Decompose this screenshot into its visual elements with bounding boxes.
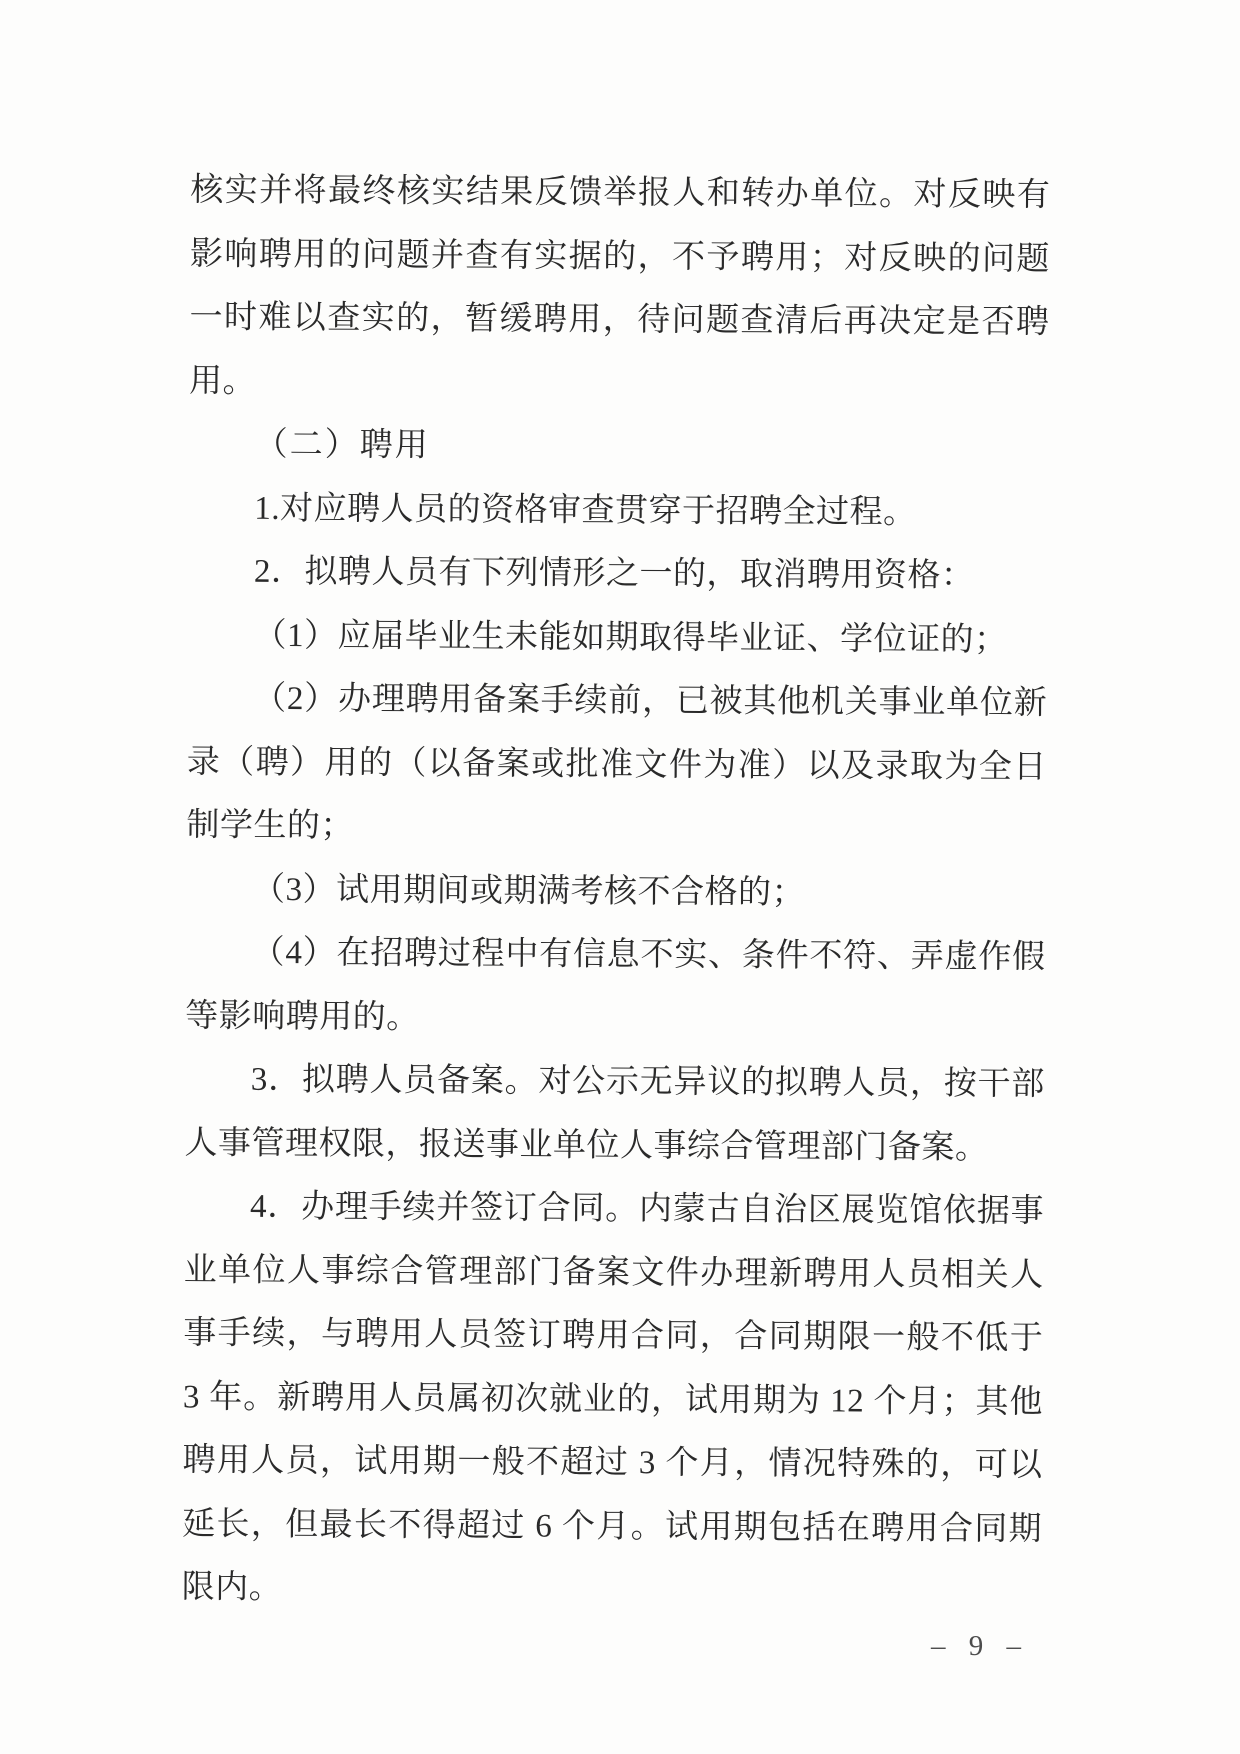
paragraph-subitem-1: （1）应届毕业生未能如期取得毕业证、学位证的； [187, 604, 1047, 673]
paragraph-item-3: 3．拟聘人员备案。对公示无异议的拟聘人员，按干部人事管理权限，报送事业单位人事综… [184, 1048, 1045, 1180]
section-heading: （二）聘用 [189, 413, 1049, 482]
paragraph-item-4: 4．办理手续并签订合同。内蒙古自治区展览馆依据事业单位人事综合管理部门备案文件办… [182, 1175, 1045, 1625]
document-text-block: 核实并将最终核实结果反馈举报人和转办单位。对反映有影响聘用的问题并查有实据的，不… [182, 159, 1051, 1625]
page-number: – 9 – [905, 1630, 1055, 1663]
paragraph-subitem-2: （2）办理聘用备案手续前，已被其他机关事业单位新录（聘）用的（以备案或批准文件为… [186, 667, 1047, 863]
paragraph-subitem-4: （4）在招聘过程中有信息不实、条件不符、弄虚作假等影响聘用的。 [185, 921, 1046, 1053]
document-page: 核实并将最终核实结果反馈举报人和转办单位。对反映有影响聘用的问题并查有实据的，不… [0, 0, 1240, 1754]
paragraph-item-1: 1.对应聘人员的资格审查贯穿于招聘全过程。 [188, 477, 1048, 546]
paragraph-continuation: 核实并将最终核实结果反馈举报人和转办单位。对反映有影响聘用的问题并查有实据的，不… [189, 159, 1051, 418]
paragraph-subitem-3: （3）试用期间或期满考核不合格的； [186, 858, 1046, 927]
paragraph-item-2: 2．拟聘人员有下列情形之一的，取消聘用资格： [188, 540, 1048, 609]
